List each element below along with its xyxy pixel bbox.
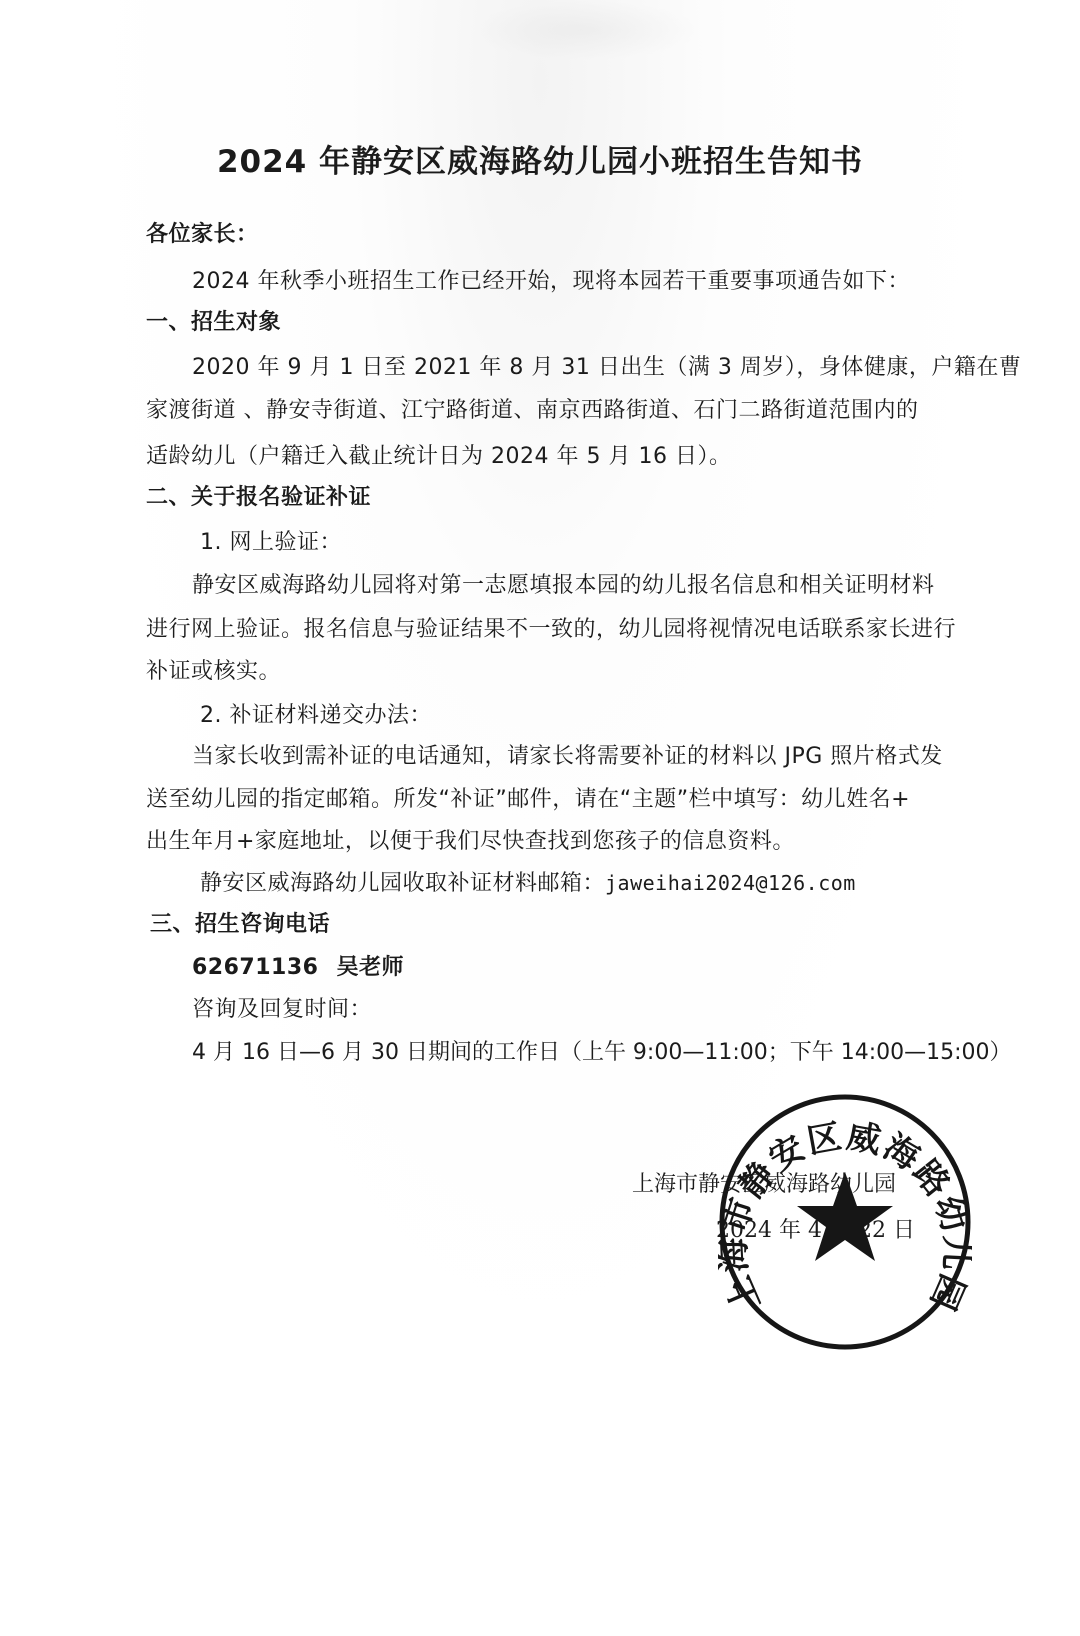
salutation: 各位家长：: [146, 220, 886, 250]
subsection-2-line: 当家长收到需补证的电话通知，请家长将需要补证的材料以 JPG 照片格式发: [192, 742, 932, 772]
subsection-1-line: 进行网上验证。报名信息与验证结果不一致的，幼儿园将视情况电话联系家长进行: [146, 615, 886, 645]
email-line: 静安区威海路幼儿园收取补证材料邮箱：jaweihai2024@126.com: [200, 868, 940, 899]
section-1-line: 家渡街道 、静安寺街道、江宁路街道、南京西路街道、石门二路街道范围内的: [146, 396, 886, 426]
section-1-heading: 一、招生对象: [146, 308, 886, 338]
subsection-2-line: 送至幼儿园的指定邮箱。所发“补证”邮件，请在“主题”栏中填写：幼儿姓名+: [146, 785, 886, 815]
hours-label: 咨询及回复时间：: [192, 995, 932, 1025]
section-1-line: 适龄幼儿（户籍迁入截止统计日为 2024 年 5 月 16 日）。: [146, 442, 886, 472]
contact-line: 62671136吴老师: [192, 953, 932, 983]
document-page: 2024 年静安区威海路幼儿园小班招生告知书 各位家长： 2024 年秋季小班招…: [0, 0, 1080, 1636]
signature: 上海市静安区威海路幼儿园: [632, 1170, 896, 1200]
email-label: 静安区威海路幼儿园收取补证材料邮箱：: [200, 871, 605, 896]
subsection-1-line: 静安区威海路幼儿园将对第一志愿填报本园的幼儿报名信息和相关证明材料: [192, 571, 932, 601]
document-title: 2024 年静安区威海路幼儿园小班招生告知书: [0, 136, 1080, 181]
subsection-2-line: 出生年月+家庭地址，以便于我们尽快查找到您孩子的信息资料。: [146, 827, 886, 857]
hours-text: 4 月 16 日—6 月 30 日期间的工作日（上午 9:00—11:00；下午…: [192, 1038, 932, 1068]
email-address[interactable]: jaweihai2024@126.com: [605, 871, 856, 895]
paper-smudge: [470, 0, 700, 60]
contact-name: 吴老师: [336, 955, 404, 980]
intro-paragraph: 2024 年秋季小班招生工作已经开始，现将本园若干重要事项通告如下：: [192, 267, 932, 297]
section-3-heading: 三、招生咨询电话: [150, 910, 890, 940]
subsection-1-heading: 1. 网上验证：: [200, 528, 940, 558]
phone-number[interactable]: 62671136: [192, 955, 318, 980]
section-2-heading: 二、关于报名验证补证: [146, 483, 886, 513]
signature-date: 2024 年 4 月 22 日: [716, 1216, 915, 1246]
subsection-2-heading: 2. 补证材料递交办法：: [200, 701, 940, 731]
section-1-line: 2020 年 9 月 1 日至 2021 年 8 月 31 日出生（满 3 周岁…: [192, 353, 932, 383]
subsection-1-line: 补证或核实。: [146, 657, 886, 687]
